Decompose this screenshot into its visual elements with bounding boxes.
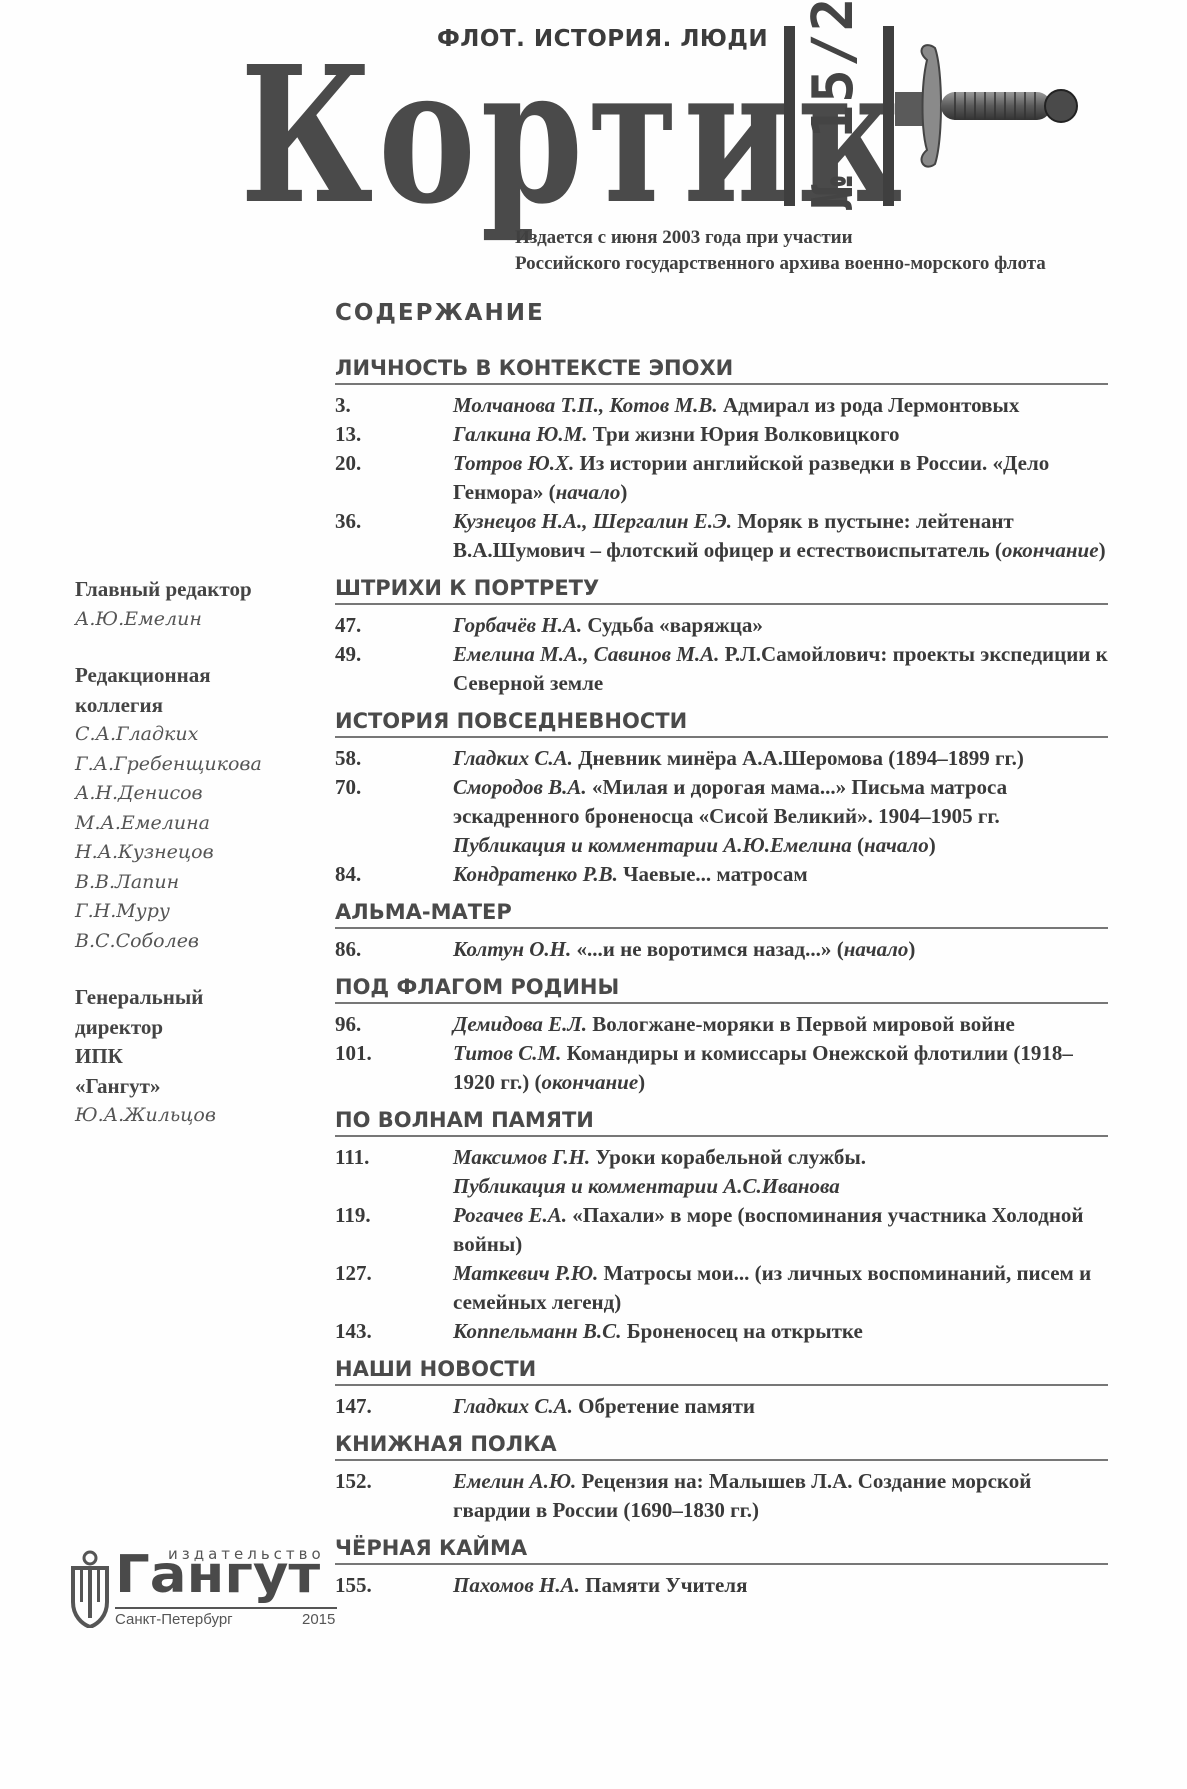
entry-text: Кузнецов Н.А., Шергалин Е.Э. Моряк в пус… — [453, 507, 1108, 565]
section-heading: АЛЬМА-МАТЕР — [335, 899, 1108, 929]
toc-entry[interactable]: 119.Рогачев Е.А. «Пахали» в море (воспом… — [335, 1201, 1108, 1259]
entry-author: Гладких С.А. — [453, 1394, 573, 1418]
board-member: В.В.Лапин — [75, 868, 325, 898]
section-entries: 58.Гладких С.А. Дневник минёра А.А.Шером… — [335, 738, 1108, 889]
table-of-contents: ЛИЧНОСТЬ В КОНТЕКСТЕ ЭПОХИ3.Молчанова Т.… — [335, 355, 1108, 1600]
entry-author: Молчанова Т.П., Котов М.В. — [453, 393, 718, 417]
toc-entry[interactable]: 86.Колтун О.Н. «...и не воротимся назад.… — [335, 935, 1108, 964]
page-number: 155. — [335, 1571, 453, 1600]
board-member: Г.А.Гребенщикова — [75, 750, 325, 780]
toc-entry[interactable]: 147.Гладких С.А. Обретение памяти — [335, 1392, 1108, 1421]
section-entries: 111.Максимов Г.Н. Уроки корабельной служ… — [335, 1137, 1108, 1346]
dagger-icon — [895, 30, 1095, 185]
entry-part-note: окончание — [1002, 538, 1099, 562]
page-number: 119. — [335, 1201, 453, 1259]
entry-title: Памяти Учителя — [585, 1573, 747, 1597]
entry-part-note: начало — [864, 833, 929, 857]
publisher-divider — [115, 1607, 337, 1609]
entry-title: Вологжане-моряки в Первой мировой войне — [592, 1012, 1015, 1036]
entry-text: Демидова Е.Л. Вологжане-моряки в Первой … — [453, 1010, 1108, 1039]
entry-text: Рогачев Е.А. «Пахали» в море (воспоминан… — [453, 1201, 1108, 1259]
section-entries: 147.Гладких С.А. Обретение памяти — [335, 1386, 1108, 1421]
entry-title: Обретение памяти — [578, 1394, 755, 1418]
entry-text: Смородов В.А. «Милая и дорогая мама...» … — [453, 773, 1108, 860]
entry-publication-note: Публикация и комментарии А.С.Иванова — [453, 1174, 840, 1198]
page-number: 111. — [335, 1143, 453, 1201]
entry-author: Емелин А.Ю. — [453, 1469, 576, 1493]
director-label-line: Генеральный — [75, 983, 325, 1013]
page-number: 86. — [335, 935, 453, 964]
entry-author: Гладких С.А. — [453, 746, 573, 770]
entry-text: Колтун О.Н. «...и не воротимся назад...»… — [453, 935, 1108, 964]
board-label: Редакционная — [75, 661, 325, 691]
entry-title: Чаевые... матросам — [623, 862, 808, 886]
editorial-board: Главный редактор А.Ю.Емелин Редакционная… — [75, 575, 325, 1131]
director-name: Ю.А.Жильцов — [75, 1101, 325, 1131]
publisher-logo: издательство Гангут Санкт-Петербург 2015 — [70, 1545, 340, 1635]
entry-title: «...и не воротимся назад...» — [577, 937, 832, 961]
page-number: 3. — [335, 391, 453, 420]
entry-title: Судьба «варяжца» — [587, 613, 763, 637]
page-number: 84. — [335, 860, 453, 889]
board-member: А.Н.Денисов — [75, 779, 325, 809]
entry-part-note: начало — [844, 937, 909, 961]
toc-entry[interactable]: 20.Тотров Ю.Х. Из истории английской раз… — [335, 449, 1108, 507]
director-label-line: ИПК — [75, 1042, 325, 1072]
entry-title: Дневник минёра А.А.Шеромова (1894–1899 г… — [578, 746, 1024, 770]
entry-title: Адмирал из рода Лермонтовых — [723, 393, 1019, 417]
toc-entry[interactable]: 152.Емелин А.Ю. Рецензия на: Малышев Л.А… — [335, 1467, 1108, 1525]
section-entries: 86.Колтун О.Н. «...и не воротимся назад.… — [335, 929, 1108, 964]
entry-text: Галкина Ю.М. Три жизни Юрия Волковицкого — [453, 420, 1108, 449]
entry-publication-note: Публикация и комментарии А.Ю.Емелина — [453, 833, 852, 857]
toc-entry[interactable]: 70.Смородов В.А. «Милая и дорогая мама..… — [335, 773, 1108, 860]
page-number: 143. — [335, 1317, 453, 1346]
toc-entry[interactable]: 96.Демидова Е.Л. Вологжане-моряки в Перв… — [335, 1010, 1108, 1039]
entry-author: Пахомов Н.А. — [453, 1573, 580, 1597]
director-label: ГенеральныйдиректорИПК«Гангут» — [75, 983, 325, 1101]
section-entries: 152.Емелин А.Ю. Рецензия на: Малышев Л.А… — [335, 1461, 1108, 1525]
toc-entry[interactable]: 111.Максимов Г.Н. Уроки корабельной служ… — [335, 1143, 1108, 1201]
page-number: 127. — [335, 1259, 453, 1317]
page-number: 20. — [335, 449, 453, 507]
toc-entry[interactable]: 36.Кузнецов Н.А., Шергалин Е.Э. Моряк в … — [335, 507, 1108, 565]
board-member: В.С.Соболев — [75, 927, 325, 957]
entry-text: Коппельманн В.С. Броненосец на открытке — [453, 1317, 1108, 1346]
toc-entry[interactable]: 143.Коппельманн В.С. Броненосец на откры… — [335, 1317, 1108, 1346]
publication-info-line: Издается с июня 2003 года при участии — [515, 225, 1046, 251]
publisher-city: Санкт-Петербург — [115, 1611, 233, 1628]
entry-author: Емелина М.А., Савинов М.А. — [453, 642, 719, 666]
entry-text: Максимов Г.Н. Уроки корабельной службы.П… — [453, 1143, 1108, 1201]
section-heading: КНИЖНАЯ ПОЛКА — [335, 1431, 1108, 1461]
entry-title: Уроки корабельной службы. — [595, 1145, 866, 1169]
entry-author: Колтун О.Н. — [453, 937, 571, 961]
issue-number: № 15/2015 — [798, 0, 870, 210]
page-number: 101. — [335, 1039, 453, 1097]
board-members: С.А.ГладкихГ.А.ГребенщиковаА.Н.ДенисовМ.… — [75, 720, 325, 956]
section-heading: ПОД ФЛАГОМ РОДИНЫ — [335, 974, 1108, 1004]
page-number: 58. — [335, 744, 453, 773]
toc-entry[interactable]: 3.Молчанова Т.П., Котов М.В. Адмирал из … — [335, 391, 1108, 420]
section-heading: ИСТОРИЯ ПОВСЕДНЕВНОСТИ — [335, 708, 1108, 738]
chief-editor-name: А.Ю.Емелин — [75, 605, 325, 635]
entry-text: Емелин А.Ю. Рецензия на: Малышев Л.А. Со… — [453, 1467, 1108, 1525]
toc-entry[interactable]: 58.Гладких С.А. Дневник минёра А.А.Шером… — [335, 744, 1108, 773]
entry-author: Тотров Ю.Х. — [453, 451, 574, 475]
board-member: Н.А.Кузнецов — [75, 838, 325, 868]
entry-text: Гладких С.А. Обретение памяти — [453, 1392, 1108, 1421]
entry-text: Гладких С.А. Дневник минёра А.А.Шеромова… — [453, 744, 1108, 773]
section-entries: 155.Пахомов Н.А. Памяти Учителя — [335, 1565, 1108, 1600]
entry-author: Смородов В.А. — [453, 775, 587, 799]
board-member: Г.Н.Муру — [75, 897, 325, 927]
anchor-shield-icon — [70, 1550, 110, 1628]
section-heading: ШТРИХИ К ПОРТРЕТУ — [335, 575, 1108, 605]
entry-text: Тотров Ю.Х. Из истории английской развед… — [453, 449, 1108, 507]
entry-part-note: начало — [556, 480, 621, 504]
entry-author: Маткевич Р.Ю. — [453, 1261, 598, 1285]
publication-info: Издается с июня 2003 года при участии Ро… — [515, 225, 1046, 277]
chief-editor-label: Главный редактор — [75, 575, 325, 605]
entry-author: Кузнецов Н.А., Шергалин Е.Э. — [453, 509, 732, 533]
entry-author: Титов С.М. — [453, 1041, 561, 1065]
page-number: 47. — [335, 611, 453, 640]
section-entries: 47.Горбачёв Н.А. Судьба «варяжца»49.Емел… — [335, 605, 1108, 698]
entry-author: Демидова Е.Л. — [453, 1012, 587, 1036]
entry-text: Емелина М.А., Савинов М.А. Р.Л.Самойлови… — [453, 640, 1108, 698]
entry-text: Пахомов Н.А. Памяти Учителя — [453, 1571, 1108, 1600]
page-number: 96. — [335, 1010, 453, 1039]
entry-text: Горбачёв Н.А. Судьба «варяжца» — [453, 611, 1108, 640]
publisher-name: Гангут — [115, 1549, 320, 1601]
publication-info-line: Российского государственного архива воен… — [515, 251, 1046, 277]
entry-part-note: окончание — [541, 1070, 638, 1094]
entry-text: Кондратенко Р.В. Чаевые... матросам — [453, 860, 1108, 889]
toc-entry[interactable]: 127.Маткевич Р.Ю. Матросы мои... (из лич… — [335, 1259, 1108, 1317]
section-heading: ПО ВОЛНАМ ПАМЯТИ — [335, 1107, 1108, 1137]
section-heading: ЧЁРНАЯ КАЙМА — [335, 1535, 1108, 1565]
board-member: С.А.Гладких — [75, 720, 325, 750]
entry-author: Кондратенко Р.В. — [453, 862, 618, 886]
director-label-line: «Гангут» — [75, 1072, 325, 1102]
entry-text: Титов С.М. Командиры и комиссары Онежско… — [453, 1039, 1108, 1097]
board-label: коллегия — [75, 691, 325, 721]
page-number: 36. — [335, 507, 453, 565]
director-label-line: директор — [75, 1013, 325, 1043]
entry-author: Горбачёв Н.А. — [453, 613, 582, 637]
page-number: 152. — [335, 1467, 453, 1525]
toc-entry[interactable]: 49.Емелина М.А., Савинов М.А. Р.Л.Самойл… — [335, 640, 1108, 698]
page-number: 70. — [335, 773, 453, 860]
entry-title: Три жизни Юрия Волковицкого — [593, 422, 900, 446]
page-number: 147. — [335, 1392, 453, 1421]
section-entries: 96.Демидова Е.Л. Вологжане-моряки в Перв… — [335, 1004, 1108, 1097]
entry-author: Галкина Ю.М. — [453, 422, 588, 446]
entry-author: Максимов Г.Н. — [453, 1145, 590, 1169]
toc-entry[interactable]: 84.Кондратенко Р.В. Чаевые... матросам — [335, 860, 1108, 889]
masthead-divider — [784, 26, 795, 206]
entry-text: Маткевич Р.Ю. Матросы мои... (из личных … — [453, 1259, 1108, 1317]
entry-text: Молчанова Т.П., Котов М.В. Адмирал из ро… — [453, 391, 1108, 420]
entry-title: Броненосец на открытке — [627, 1319, 863, 1343]
toc-entry[interactable]: 155.Пахомов Н.А. Памяти Учителя — [335, 1571, 1108, 1600]
toc-entry[interactable]: 47.Горбачёв Н.А. Судьба «варяжца» — [335, 611, 1108, 640]
masthead-divider — [883, 26, 894, 206]
page-number: 49. — [335, 640, 453, 698]
section-entries: 3.Молчанова Т.П., Котов М.В. Адмирал из … — [335, 385, 1108, 565]
page-number: 13. — [335, 420, 453, 449]
section-heading: ЛИЧНОСТЬ В КОНТЕКСТЕ ЭПОХИ — [335, 355, 1108, 385]
entry-author: Коппельманн В.С. — [453, 1319, 621, 1343]
board-member: М.А.Емелина — [75, 809, 325, 839]
section-heading: НАШИ НОВОСТИ — [335, 1356, 1108, 1386]
publisher-year: 2015 — [302, 1611, 335, 1628]
toc-entry[interactable]: 101.Титов С.М. Командиры и комиссары Оне… — [335, 1039, 1108, 1097]
entry-author: Рогачев Е.А. — [453, 1203, 567, 1227]
contents-title: СОДЕРЖАНИЕ — [335, 300, 545, 326]
toc-entry[interactable]: 13.Галкина Ю.М. Три жизни Юрия Волковицк… — [335, 420, 1108, 449]
